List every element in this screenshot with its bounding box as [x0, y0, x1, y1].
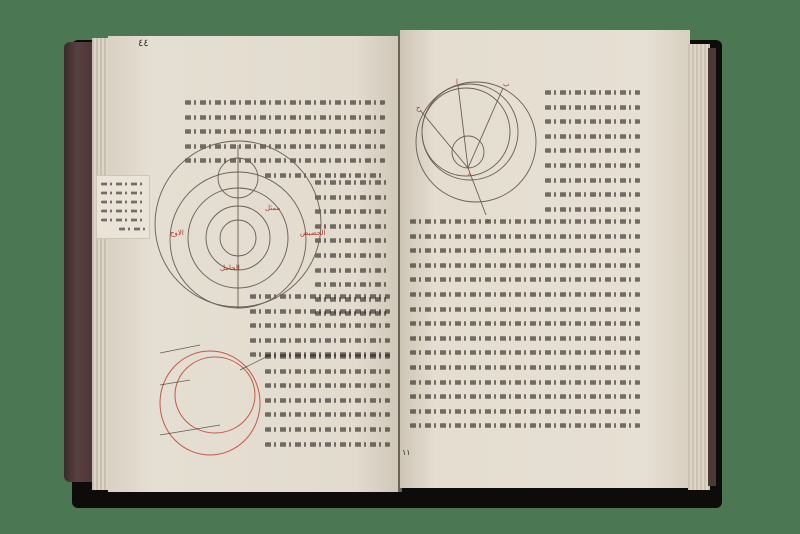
svg-text:ح: ح	[416, 104, 421, 112]
open-manuscript: ٤٤ الاوج الحضيض ممثل الحامل	[0, 0, 800, 534]
svg-text:ب: ب	[503, 80, 510, 88]
right-page-text-side	[545, 86, 640, 217]
right-cover	[708, 48, 716, 486]
svg-text:الاوج: الاوج	[170, 229, 184, 237]
fore-edge-inscription	[696, 200, 706, 310]
svg-text:الحضيض: الحضيض	[300, 229, 325, 237]
svg-text:ا: ا	[456, 78, 458, 86]
right-orbit-diagram: ا ب ح ه د	[408, 80, 548, 220]
right-page-text-main	[410, 215, 640, 434]
svg-text:ممثل: ممثل	[265, 204, 280, 212]
right-folio-mark: ١١	[402, 448, 411, 457]
svg-text:ه: ه	[468, 170, 472, 178]
left-page-number: ٤٤	[138, 38, 149, 49]
left-orbit-diagram: الاوج الحضيض ممثل الحامل	[150, 140, 330, 310]
svg-text:الحامل: الحامل	[220, 264, 240, 272]
margin-note	[96, 175, 150, 239]
left-intersecting-circles-diagram	[160, 345, 290, 465]
